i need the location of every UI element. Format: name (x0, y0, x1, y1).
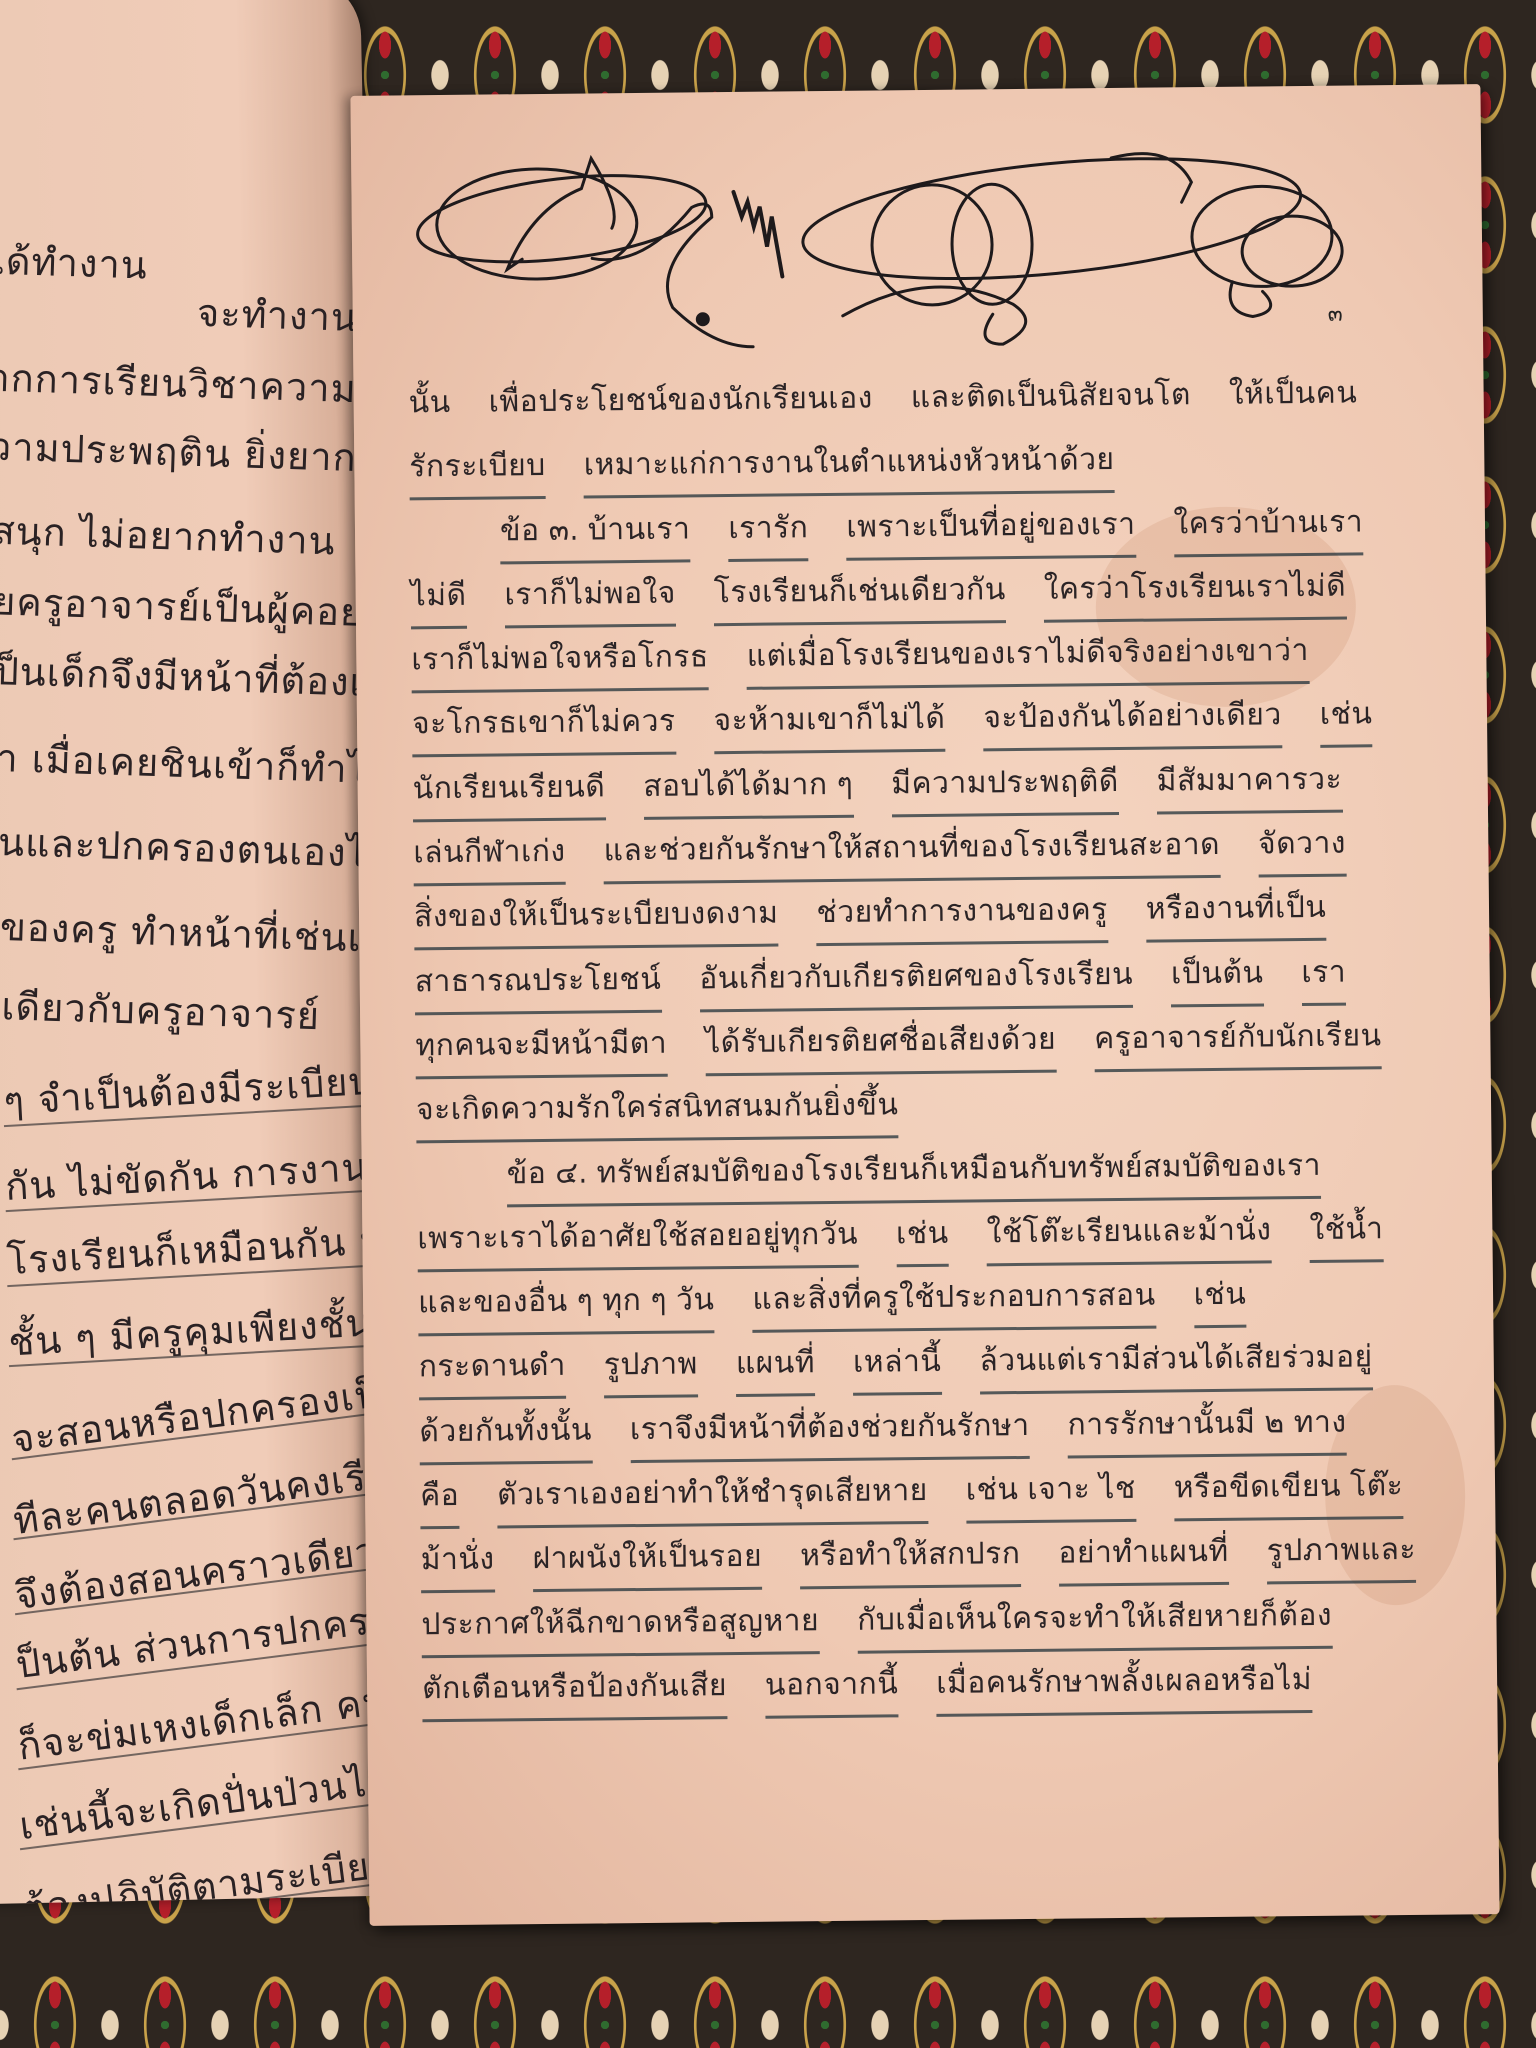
text-phrase: เราก็ไม่พอใจหรือโกรธ (411, 629, 709, 693)
text-phrase: และของอื่น ๆ ทุก ๆ วัน (418, 1272, 715, 1336)
text-phrase: แต่เมื่อโรงเรียนของเราไม่ดีจริงอย่างเขาว… (746, 623, 1309, 690)
text-phrase: จะห้ามเขาก็ไม่ได้ (713, 691, 945, 754)
text-line: ข้อ ๓. บ้านเราเรารักเพราะเป็นที่อยู่ของเ… (410, 493, 1441, 568)
text-phrase: ครูอาจารย์กับนักเรียน (1094, 1008, 1382, 1072)
text-line: และของอื่น ๆ ทุก ๆ วันและสิ่งที่ครูใช้ปร… (418, 1265, 1449, 1340)
text-line: รักระเบียบเหมาะแก่การงานในตำแหน่งหัวหน้า… (409, 429, 1440, 504)
text-phrase: นั้น (408, 375, 451, 431)
left-page-text-line: สนุก ไม่อยากทำงาน (0, 500, 337, 572)
text-phrase: สิ่งของให้เป็นระเบียบงดงาม (414, 886, 779, 951)
page-number: ๓ (1328, 296, 1343, 331)
text-phrase: เราจึงมีหน้าที่ต้องช่วยกันรักษา (630, 1398, 1030, 1463)
text-phrase: หรือขีดเขียน โต๊ะ (1173, 1458, 1403, 1521)
text-phrase: เช่น เจาะ ไช (965, 1461, 1136, 1524)
text-phrase: กระดานดำ (418, 1338, 566, 1401)
text-phrase: เพื่อประโยชน์ของนักเรียนเอง (488, 371, 873, 431)
text-phrase: เรา (1301, 944, 1346, 1005)
text-phrase: ทุกคนจะมีหน้ามีตา (415, 1016, 667, 1080)
text-line: นักเรียนเรียนดีสอบได้ได้มาก ๆมีความประพฤ… (412, 750, 1443, 825)
text-phrase: อย่าทำแผนที่ (1058, 1524, 1229, 1587)
text-phrase: คือ (420, 1468, 460, 1529)
text-line: เล่นกีฬาเก่งและช่วยกันรักษาให้สถานที่ของ… (413, 815, 1444, 890)
text-line: เราก็ไม่พอใจหรือโกรธแต่เมื่อโรงเรียนของเ… (411, 622, 1442, 697)
text-line: ม้านั่งฝาผนังให้เป็นรอยหรือทำให้สกปรกอย่… (420, 1522, 1451, 1597)
left-page-text-line: ยครูอาจารย์เป็นผู้คอยตักเตือน (0, 570, 400, 647)
text-phrase: มีสัมมาคารวะ (1156, 751, 1342, 814)
text-phrase: เหล่านี้ (853, 1334, 942, 1396)
right-book-page: ๓ นั้นเพื่อประโยชน์ของนักเรียนเองและติดเ… (350, 84, 1499, 1926)
left-page-text-line: โรงเรียนก็เหมือนกัน มี (5, 1209, 387, 1291)
left-page-text-line: า เมื่อเคยชินเข้าก็ทำไปได้ (0, 727, 400, 802)
text-phrase: เช่น (896, 1206, 949, 1268)
text-line: ทุกคนจะมีหน้ามีตาได้รับเกียรติยศชื่อเสีย… (415, 1008, 1446, 1083)
text-phrase: อันเกี่ยวกับเกียรติยศของโรงเรียน (699, 946, 1133, 1012)
text-phrase: ข้อ ๔. ทรัพย์สมบัติของโรงเรียนก็เหมือนกั… (506, 1137, 1321, 1207)
text-line: ไม่ดีเราก็ไม่พอใจโรงเรียนก็เช่นเดียวกันใ… (410, 557, 1441, 632)
text-phrase: นักเรียนเรียนดี (412, 759, 605, 822)
text-phrase: รูปภาพและ (1266, 1522, 1416, 1585)
text-line: จะเกิดความรักใคร่สนิทสนมกันยิ่งขึ้น (416, 1072, 1447, 1147)
text-line: ด้วยกันทั้งนั้นเราจึงมีหน้าที่ต้องช่วยกั… (419, 1393, 1450, 1468)
text-phrase: ใช้โต๊ะเรียนและม้านั่ง (986, 1202, 1271, 1266)
text-phrase: เป็นต้น (1171, 945, 1264, 1007)
text-phrase: แผนที่ (736, 1336, 816, 1398)
text-line: นั้นเพื่อประโยชน์ของนักเรียนเองและติดเป็… (408, 365, 1439, 440)
text-phrase: จะโกรธเขาก็ไม่ควร (412, 694, 676, 758)
text-phrase: และช่วยกันรักษาให้สถานที่ของโรงเรียนสะอา… (603, 817, 1220, 884)
text-phrase: หรืองานที่เป็น (1146, 880, 1327, 943)
text-phrase: ฝาผนังให้เป็นรอย (532, 1529, 762, 1592)
left-page-text-line: ของครู ทำหน้าที่เช่นเดียวกัน (0, 896, 400, 972)
text-line: เพราะเราได้อาศัยใช้สอยอยู่ทุกวันเช่นใช้โ… (417, 1200, 1448, 1275)
text-phrase: ไม่ดี (410, 568, 466, 630)
text-phrase: ตัวเราเองอย่าทำให้ชำรุดเสียหาย (497, 1463, 928, 1529)
text-phrase: เหมาะแก่การงานในตำแหน่งหัวหน้าด้วย (583, 432, 1114, 499)
text-phrase: รูปภาพ (604, 1337, 699, 1399)
text-phrase: ด้วยกันทั้งนั้น (419, 1402, 592, 1465)
text-phrase: จะเกิดความรักใคร่สนิทสนมกันยิ่งขึ้น (416, 1078, 899, 1144)
text-phrase: ใช้น้ำ (1309, 1201, 1384, 1263)
text-line: ข้อ ๔. ทรัพย์สมบัติของโรงเรียนก็เหมือนกั… (416, 1136, 1447, 1211)
text-phrase: ม้านั่ง (420, 1532, 494, 1594)
text-phrase: สาธารณประโยชน์ (414, 951, 661, 1015)
text-phrase: รักระเบียบ (409, 438, 546, 500)
text-phrase: เมื่อคนรักษาพลั้งเผลอหรือไม่ (936, 1652, 1312, 1717)
text-phrase: สอบได้ได้มาก ๆ (643, 757, 854, 820)
left-page-text-line: กัน ไม่ขัดกัน การงานของ (4, 1132, 401, 1217)
text-phrase: ข้อ ๓. บ้านเรา (500, 501, 691, 564)
left-page-text-line: ได้ทำงาน (0, 229, 149, 295)
text-phrase: กับเมื่อเห็นใครจะทำให้เสียหายก็ต้อง (857, 1587, 1333, 1653)
left-page-text-line: เดียวกับครูอาจารย์ (1, 975, 321, 1046)
text-line: กระดานดำรูปภาพแผนที่เหล่านี้ล้วนแต่เรามี… (418, 1329, 1449, 1404)
text-phrase: ตักเตือนหรือป้องกันเสีย (422, 1658, 727, 1722)
text-phrase: โรงเรียนก็เช่นเดียวกัน (714, 562, 1007, 626)
left-page-text-line: ๆ จำเป็นต้องมีระเบียบที่ (2, 1048, 400, 1131)
text-phrase: ล้วนแต่เรามีส่วนได้เสียร่วมอยู่ (979, 1330, 1373, 1395)
text-phrase: เช่น (1193, 1267, 1246, 1329)
text-phrase: เรารัก (728, 500, 809, 562)
text-phrase: ใครว่าบ้านเรา (1173, 494, 1363, 557)
text-phrase: และสิ่งที่ครูใช้ประกอบการสอน (752, 1268, 1156, 1333)
text-line: สิ่งของให้เป็นระเบียบงดงามช่วยทำการงานขอ… (414, 879, 1445, 954)
text-phrase: ประกาศให้ฉีกขาดหรือสูญหาย (421, 1593, 819, 1658)
text-line: คือตัวเราเองอย่าทำให้ชำรุดเสียหายเช่น เจ… (420, 1458, 1451, 1533)
text-phrase: และติดเป็นนิสัยจนโต (910, 367, 1191, 426)
text-line: จะโกรธเขาก็ไม่ควรจะห้ามเขาก็ไม่ได้จะป้อง… (412, 686, 1443, 761)
text-phrase: นอกจากนี้ (765, 1656, 899, 1718)
text-phrase: เพราะเราได้อาศัยใช้สอยอยู่ทุกวัน (417, 1207, 858, 1273)
text-phrase: ใครว่าโรงเรียนเราไม่ดี (1043, 558, 1346, 622)
text-line: สาธารณประโยชน์อันเกี่ยวกับเกียรติยศของโร… (414, 943, 1445, 1018)
left-book-page: ได้ทำงานจะทำงานส่วนตัวากการเรียนวิชาความ… (0, 0, 400, 1904)
text-phrase: การรักษานั้นมี ๒ ทาง (1067, 1394, 1347, 1458)
text-line: ตักเตือนหรือป้องกันเสียนอกจากนี้เมื่อคนร… (422, 1650, 1453, 1725)
text-phrase: ให้เป็นคน (1229, 365, 1358, 422)
left-page-text-line: วามประพฤติน ยิ่งยากกว่าการ (0, 416, 400, 493)
text-phrase: หรือทำให้สกปรก (800, 1526, 1021, 1589)
text-phrase: จะป้องกันได้อย่างเดียว (983, 688, 1282, 752)
text-phrase: มีความประพฤติดี (891, 754, 1119, 817)
text-phrase: จัดวาง (1258, 816, 1347, 878)
text-phrase: เล่นกีฬาเก่ง (413, 824, 566, 887)
text-phrase: ช่วยทำการงานของครู (816, 882, 1108, 946)
left-page-text-line: นและปกครองตนเองได้ ส่วน (0, 811, 400, 887)
text-phrase: เราก็ไม่พอใจ (504, 565, 676, 628)
page-body-text: นั้นเพื่อประโยชน์ของนักเรียนเองและติดเป็… (408, 365, 1452, 1726)
handwritten-signature-icon (411, 140, 1413, 360)
text-phrase: ได้รับเกียรติยศชื่อเสียงด้วย (705, 1012, 1057, 1077)
left-page-text-line: ากการเรียนวิชาความรู้แล้ว (0, 347, 400, 422)
left-page-text-line: ชั้น ๆ มีครูคุมเพียงชั้นละคน (7, 1286, 400, 1373)
text-line: ประกาศให้ฉีกขาดหรือสูญหายกับเมื่อเห็นใคร… (421, 1586, 1452, 1661)
left-page-text-line: ป็นเด็กจึงมีหน้าที่ต้องเชื่อฟังครู (0, 640, 400, 717)
text-phrase: เช่น (1319, 687, 1372, 749)
text-phrase: เพราะเป็นที่อยู่ของเรา (846, 496, 1136, 560)
